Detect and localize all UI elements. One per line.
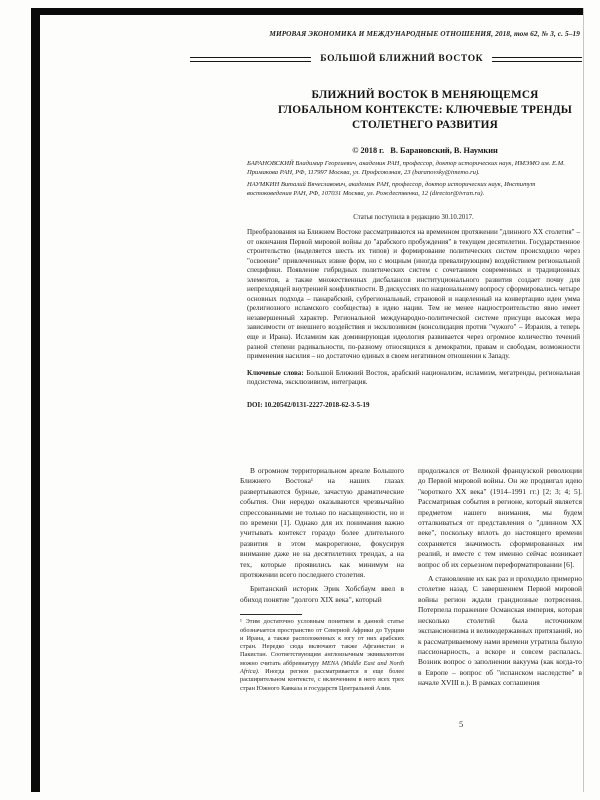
affiliations-block: БАРАНОВСКИЙ Владимир Георгиевич, академи… [247, 160, 580, 203]
section-rule-left [190, 57, 311, 62]
title-line-1: БЛИЖНИЙ ВОСТОК В МЕНЯЮЩЕМСЯ [255, 88, 595, 103]
affiliation-naumkin: НАУМКИН Виталий Вячеславович, академик Р… [247, 181, 580, 198]
section-rule-right [492, 57, 582, 62]
section-heading: БОЛЬШОЙ БЛИЖНИЙ ВОСТОК [320, 54, 483, 64]
keywords: Ключевые слова: Большой Ближний Восток, … [247, 369, 580, 388]
paragraph-left-2: Британский историк Эрик Хобсбаум ввел в … [240, 584, 404, 605]
received-note: Статья поступила в редакцию 30.10.2017. [247, 214, 580, 221]
doi: DOI: 10.20542/0131-2227-2018-62-3-5-19 [247, 401, 580, 409]
annotation-block: Преобразования на Ближнем Востоке рассма… [247, 228, 580, 409]
body-right-column: продолжался от Великой французской револ… [418, 466, 582, 693]
copyright-authors: © 2018 г. В. Барановский, В. Наумкин [255, 146, 595, 155]
journal-header: МИРОВАЯ ЭКОНОМИКА И МЕЖДУНАРОДНЫЕ ОТНОШЕ… [240, 29, 580, 38]
title-line-3: СТОЛЕТНЕГО РАЗВИТИЯ [255, 118, 595, 133]
keywords-label: Ключевые слова: [247, 369, 304, 377]
affiliation-baranovsky: БАРАНОВСКИЙ Владимир Георгиевич, академи… [247, 160, 580, 177]
footnote: ¹ Этим достаточно условным понятием в да… [240, 618, 404, 693]
section-heading-row: БОЛЬШОЙ БЛИЖНИЙ ВОСТОК [190, 54, 582, 64]
title-line-2: ГЛОБАЛЬНОМ КОНТЕКСТЕ: КЛЮЧЕВЫЕ ТРЕНДЫ [255, 103, 595, 118]
footnote-separator [240, 614, 302, 615]
scan-border-top [31, 8, 584, 15]
article-title: БЛИЖНИЙ ВОСТОК В МЕНЯЮЩЕМСЯ ГЛОБАЛЬНОМ К… [255, 88, 595, 133]
page-number: 5 [459, 719, 463, 729]
scan-border-left [31, 8, 40, 792]
paragraph-right-1: продолжался от Великой французской револ… [418, 466, 582, 570]
footnote-text-end: . Иногда регион рассматривается в еще бо… [240, 668, 404, 692]
paragraph-left-1: В огромном территориальном ареале Большо… [240, 466, 404, 580]
scanned-journal-page: { "page": { "journal_header": "МИРОВАЯ Э… [0, 0, 600, 800]
abstract: Преобразования на Ближнем Востоке рассма… [247, 228, 580, 362]
body-columns: В огромном территориальном ареале Большо… [240, 466, 582, 693]
paragraph-right-2: А становление их как раз и проходило при… [418, 574, 582, 688]
body-left-column: В огромном территориальном ареале Большо… [240, 466, 404, 693]
